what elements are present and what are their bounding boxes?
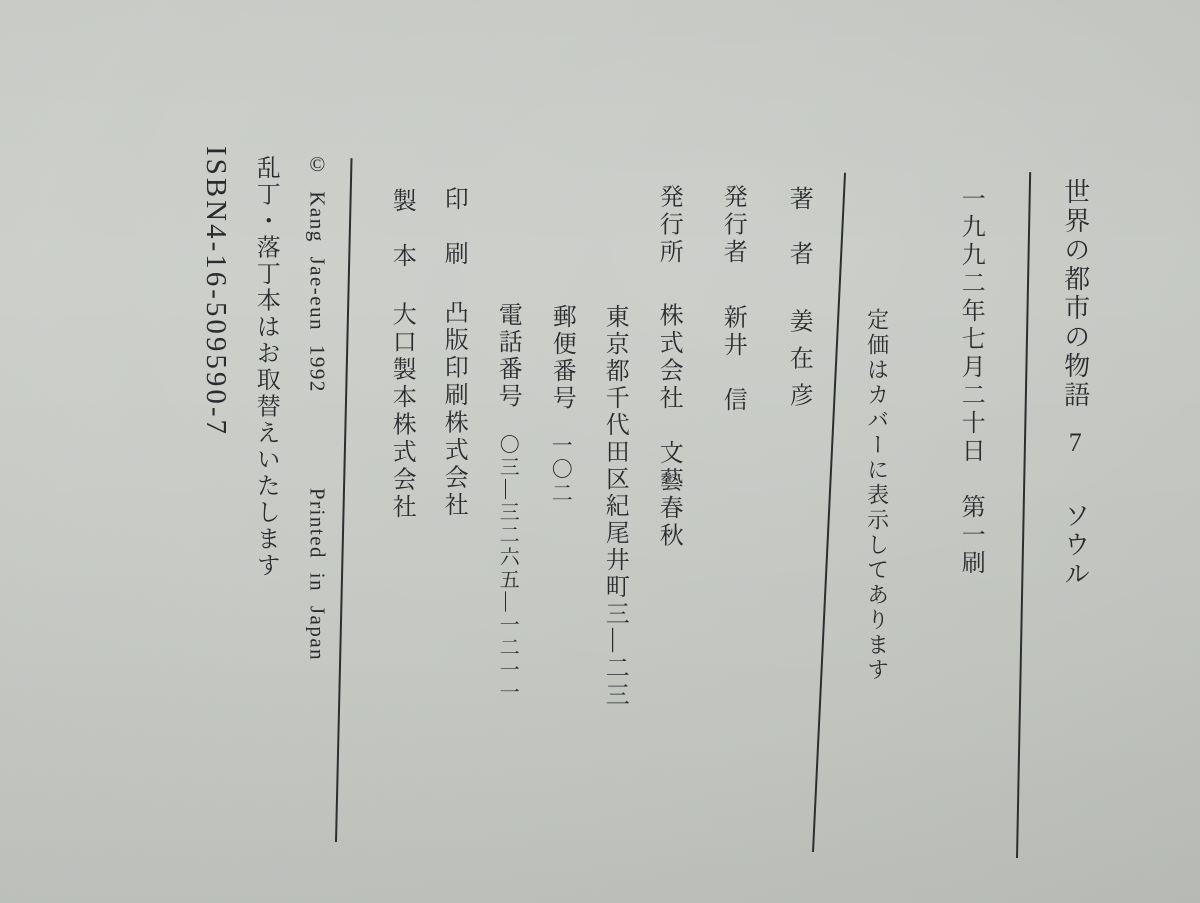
returns-note-column: 乱丁・落丁本はお取替えいたします <box>249 155 280 579</box>
binder-column: 製 本大口製本株式会社 <box>385 188 416 522</box>
binder-name: 大口製本株式会社 <box>388 302 414 522</box>
isbn-text: ISBN4-16-509590-7 <box>200 146 232 437</box>
copyright-line: © Kang Jae-eun 1992 <box>305 152 329 393</box>
address-column: 東京都千代田区紀尾井町三―二三 <box>598 304 629 709</box>
address-text: 東京都千代田区紀尾井町三―二三 <box>601 304 627 709</box>
publisher-name: 新井 信 <box>719 305 745 415</box>
binder-label: 製 本 <box>388 188 414 271</box>
copyright-column: © Kang Jae-eun 1992Printed in Japan <box>303 152 330 661</box>
isbn-column: ISBN4-16-509590-7 <box>198 146 233 437</box>
author-column: 著 者姜 在 彦 <box>782 186 813 410</box>
publishing-house-column: 発行所株式会社 文藝春秋 <box>652 184 683 550</box>
printer-name: 凸版印刷株式会社 <box>440 300 466 520</box>
publisher-label: 発行者 <box>719 184 745 267</box>
edition-line: 一九九二年七月二十日 第一刷 <box>957 186 983 578</box>
series-title: 世界の都市の物語 <box>1061 178 1090 410</box>
vertical-divider-rule-right <box>1016 172 1031 858</box>
phone-label: 電話番号 <box>494 302 520 410</box>
publishing-house-name: 株式会社 文藝春秋 <box>655 303 681 551</box>
postal-code: 一〇二 <box>549 434 573 506</box>
postal-label: 郵便番号 <box>548 304 574 412</box>
phone-number-column: 電話番号〇三―三二六五―一二一一 <box>491 302 522 704</box>
book-colophon-page-photo: 世界の都市の物語7ソウル 一九九二年七月二十日 第一刷 定価はカバーに表示してあ… <box>0 0 1200 903</box>
book-title-column: 世界の都市の物語7ソウル <box>1058 178 1092 589</box>
printer-column: 印 刷凸版印刷株式会社 <box>437 186 468 520</box>
volume-number: 7 <box>1061 428 1090 460</box>
price-note-column: 定価はカバーに表示してあります <box>862 308 891 683</box>
author-name: 姜 在 彦 <box>785 309 811 411</box>
price-note: 定価はカバーに表示してあります <box>865 308 890 683</box>
vertical-divider-rule-left <box>335 158 353 842</box>
publisher-column: 発行者新井 信 <box>716 184 747 415</box>
phone-number: 〇三―三二六五―一二一一 <box>496 434 518 704</box>
printed-in-japan-line: Printed in Japan <box>305 488 329 661</box>
postal-code-column: 郵便番号一〇二 <box>545 304 576 506</box>
printer-label: 印 刷 <box>440 186 466 269</box>
publishing-house-label: 発行所 <box>655 184 681 267</box>
volume-title: ソウル <box>1061 502 1090 589</box>
vertical-divider-rule-middle <box>812 173 846 852</box>
returns-note: 乱丁・落丁本はお取替えいたします <box>252 155 278 579</box>
edition-date-column: 一九九二年七月二十日 第一刷 <box>954 186 985 578</box>
author-label: 著 者 <box>785 186 811 269</box>
